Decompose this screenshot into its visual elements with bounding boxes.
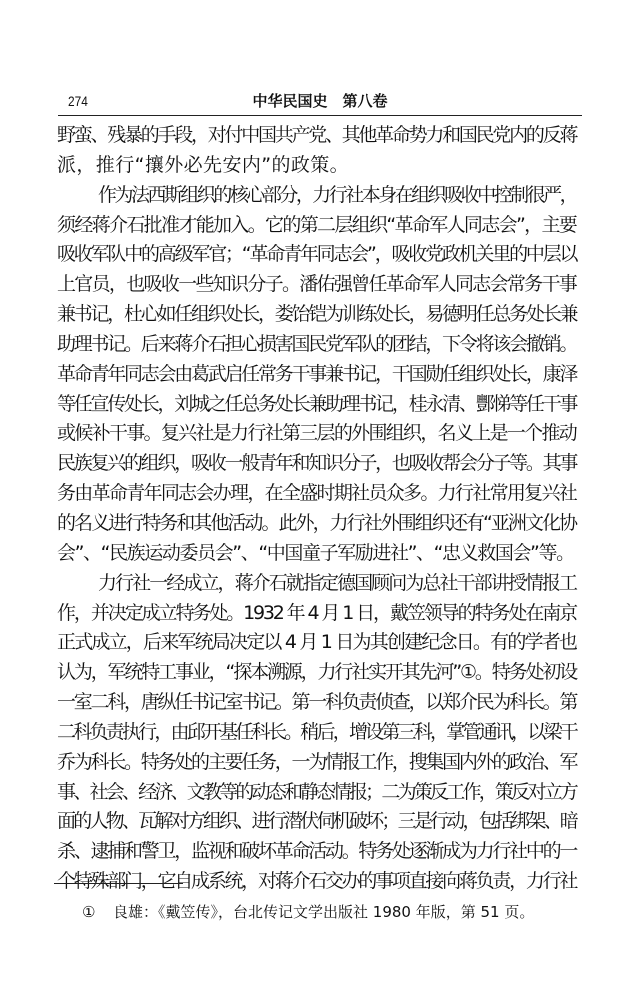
- text-line: 或候补干事。复兴社是力行社第三层的外围组织，名义上是一个推动: [57, 419, 576, 449]
- book-page: 274 中华民国史 第八卷 野蛮、残暴的手段，对付中国共产党、其他革命势力和国民…: [0, 0, 644, 1000]
- text-line: 乔为科长。特务处的主要任务，一为情报工作，搜集国内外的政治、军: [57, 748, 576, 778]
- text-line: 作为法西斯组织的核心部分，力行社本身在组织吸收中控制很严，: [57, 181, 576, 211]
- footnote-marker: ①: [82, 902, 113, 922]
- text-line: 务由革命青年同志会办理，在全盛时期社员众多。力行社常用复兴社: [57, 479, 576, 509]
- text-line: 二科负责执行，由邱开基任科长。稍后，增设第三科，掌管通讯，以梁干: [57, 718, 576, 748]
- text-line: 认为，军统特工事业，“探本溯源，力行社实开其先河”①。特务处初设: [57, 658, 576, 688]
- text-line: 须经蒋介石批准才能加入。它的第二层组织“革命军人同志会”，主要: [57, 211, 576, 241]
- text-line: 作，并决定成立特务处。1932 年 4 月 1 日，戴笠领导的特务处在南京: [57, 599, 576, 629]
- body-text: 野蛮、残暴的手段，对付中国共产党、其他革命势力和国民党内的反蒋派，推行“攘外必先…: [57, 121, 576, 897]
- footnote: ①良雄：《戴笠传》，台北传记文学出版社 1980 年版，第 51 页。: [82, 902, 534, 922]
- text-line: 民族复兴的组织，吸收一般青年和知识分子，也吸收帮会分子等。其事: [57, 449, 576, 479]
- text-line: 面的人物、瓦解对方组织、进行潜伏伺机破坏；三是行动，包括绑架、暗: [57, 807, 576, 837]
- footnote-rule: [54, 883, 183, 884]
- text-line: 兼书记，杜心如任组织处长，娄饴铠为训练处长，易德明任总务处长兼: [57, 300, 576, 330]
- text-line: 会”、“民族运动委员会”、“中国童子军励进社”、“忠义救国会”等。: [57, 539, 576, 569]
- text-line: 吸收军队中的高级军官；“革命青年同志会”，吸收党政机关里的中层以: [57, 240, 576, 270]
- text-line: 的名义进行特务和其他活动。此外，力行社外围组织还有“亚洲文化协: [57, 509, 576, 539]
- text-line: 派，推行“攘外必先安内”的政策。: [57, 151, 576, 181]
- text-line: 杀、逮捕和警卫，监视和破坏革命活动。特务处逐渐成为力行社中的一: [57, 837, 576, 867]
- header-rule: [58, 115, 582, 116]
- text-line: 革命青年同志会由葛武启任常务干事兼书记，干国勋任组织处长，康泽: [57, 360, 576, 390]
- text-line: 事、社会、经济、文教等的动态和静态情报；二为策反工作，策反对立方: [57, 778, 576, 808]
- text-line: 上官员，也吸收一些知识分子。潘佑强曾任革命军人同志会常务干事: [57, 270, 576, 300]
- text-line: 一室二科，唐纵任书记室书记。第一科负责侦查，以郑介民为科长。第: [57, 688, 576, 718]
- text-line: 野蛮、残暴的手段，对付中国共产党、其他革命势力和国民党内的反蒋: [57, 121, 576, 151]
- footnote-text: 良雄：《戴笠传》，台北传记文学出版社 1980 年版，第 51 页。: [113, 903, 534, 921]
- running-head: 274 中华民国史 第八卷: [58, 90, 582, 112]
- book-title: 中华民国史 第八卷: [58, 90, 582, 112]
- text-line: 力行社一经成立，蒋介石就指定德国顾问为总社干部讲授情报工: [57, 569, 576, 599]
- text-line: 等任宣传处长，刘城之任总务处长兼助理书记，桂永清、酆悌等任干事: [57, 390, 576, 420]
- text-line: 正式成立，后来军统局决定以 4 月 1 日为其创建纪念日。有的学者也: [57, 628, 576, 658]
- text-line: 助理书记。后来蒋介石担心损害国民党军队的团结，下令将该会撤销。: [57, 330, 576, 360]
